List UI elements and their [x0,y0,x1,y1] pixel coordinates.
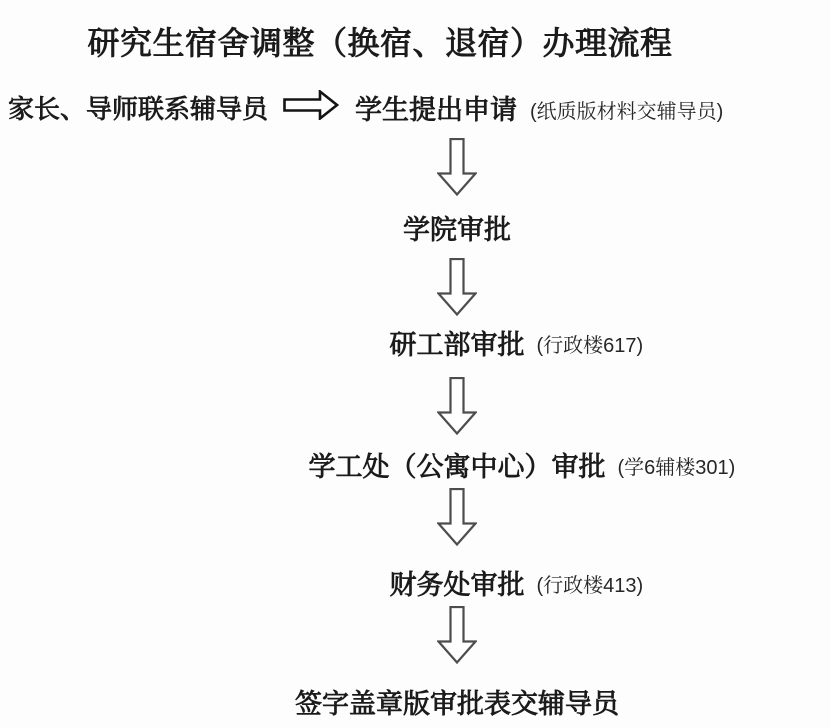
down-arrow-icon [437,488,477,546]
step-note: (行政楼413) [537,570,644,602]
step-label: 签字盖章版审批表交辅导员 [295,689,619,719]
flow-step: 研工部审批 (行政楼617) [390,329,525,361]
start-source-label: 家长、导师联系辅导员 [8,89,268,126]
step-note: (学6辅楼301) [618,452,736,484]
start-target-label: 学生提出申请 [355,88,517,127]
down-arrow-icon [437,138,477,196]
flow-step: 学院审批 [403,214,511,246]
step-label: 研工部审批 [390,330,525,360]
down-arrow-icon [437,377,477,435]
page-title: 研究生宿舍调整（换宿、退宿）办理流程 [87,18,672,64]
flow-step: 学工处（公寓中心）审批 (学6辅楼301) [309,451,606,483]
step-label: 财务处审批 [390,570,525,600]
step-label: 学院审批 [403,215,511,245]
start-row: 家长、导师联系辅导员 学生提出申请 (纸质版材料交辅导员) [8,88,723,127]
step-note: (行政楼617) [537,330,644,362]
flow-step: 签字盖章版审批表交辅导员 [295,688,619,720]
step-label: 学工处（公寓中心）审批 [309,452,606,482]
start-target-note: (纸质版材料交辅导员) [530,92,723,124]
dorm-adjustment-flowchart: 研究生宿舍调整（换宿、退宿）办理流程 家长、导师联系辅导员 学生提出申请 (纸质… [0,0,830,728]
down-arrow-icon [437,606,477,664]
down-arrow-icon [437,258,477,316]
flow-step: 财务处审批 (行政楼413) [390,569,525,601]
right-arrow-icon [283,90,339,125]
